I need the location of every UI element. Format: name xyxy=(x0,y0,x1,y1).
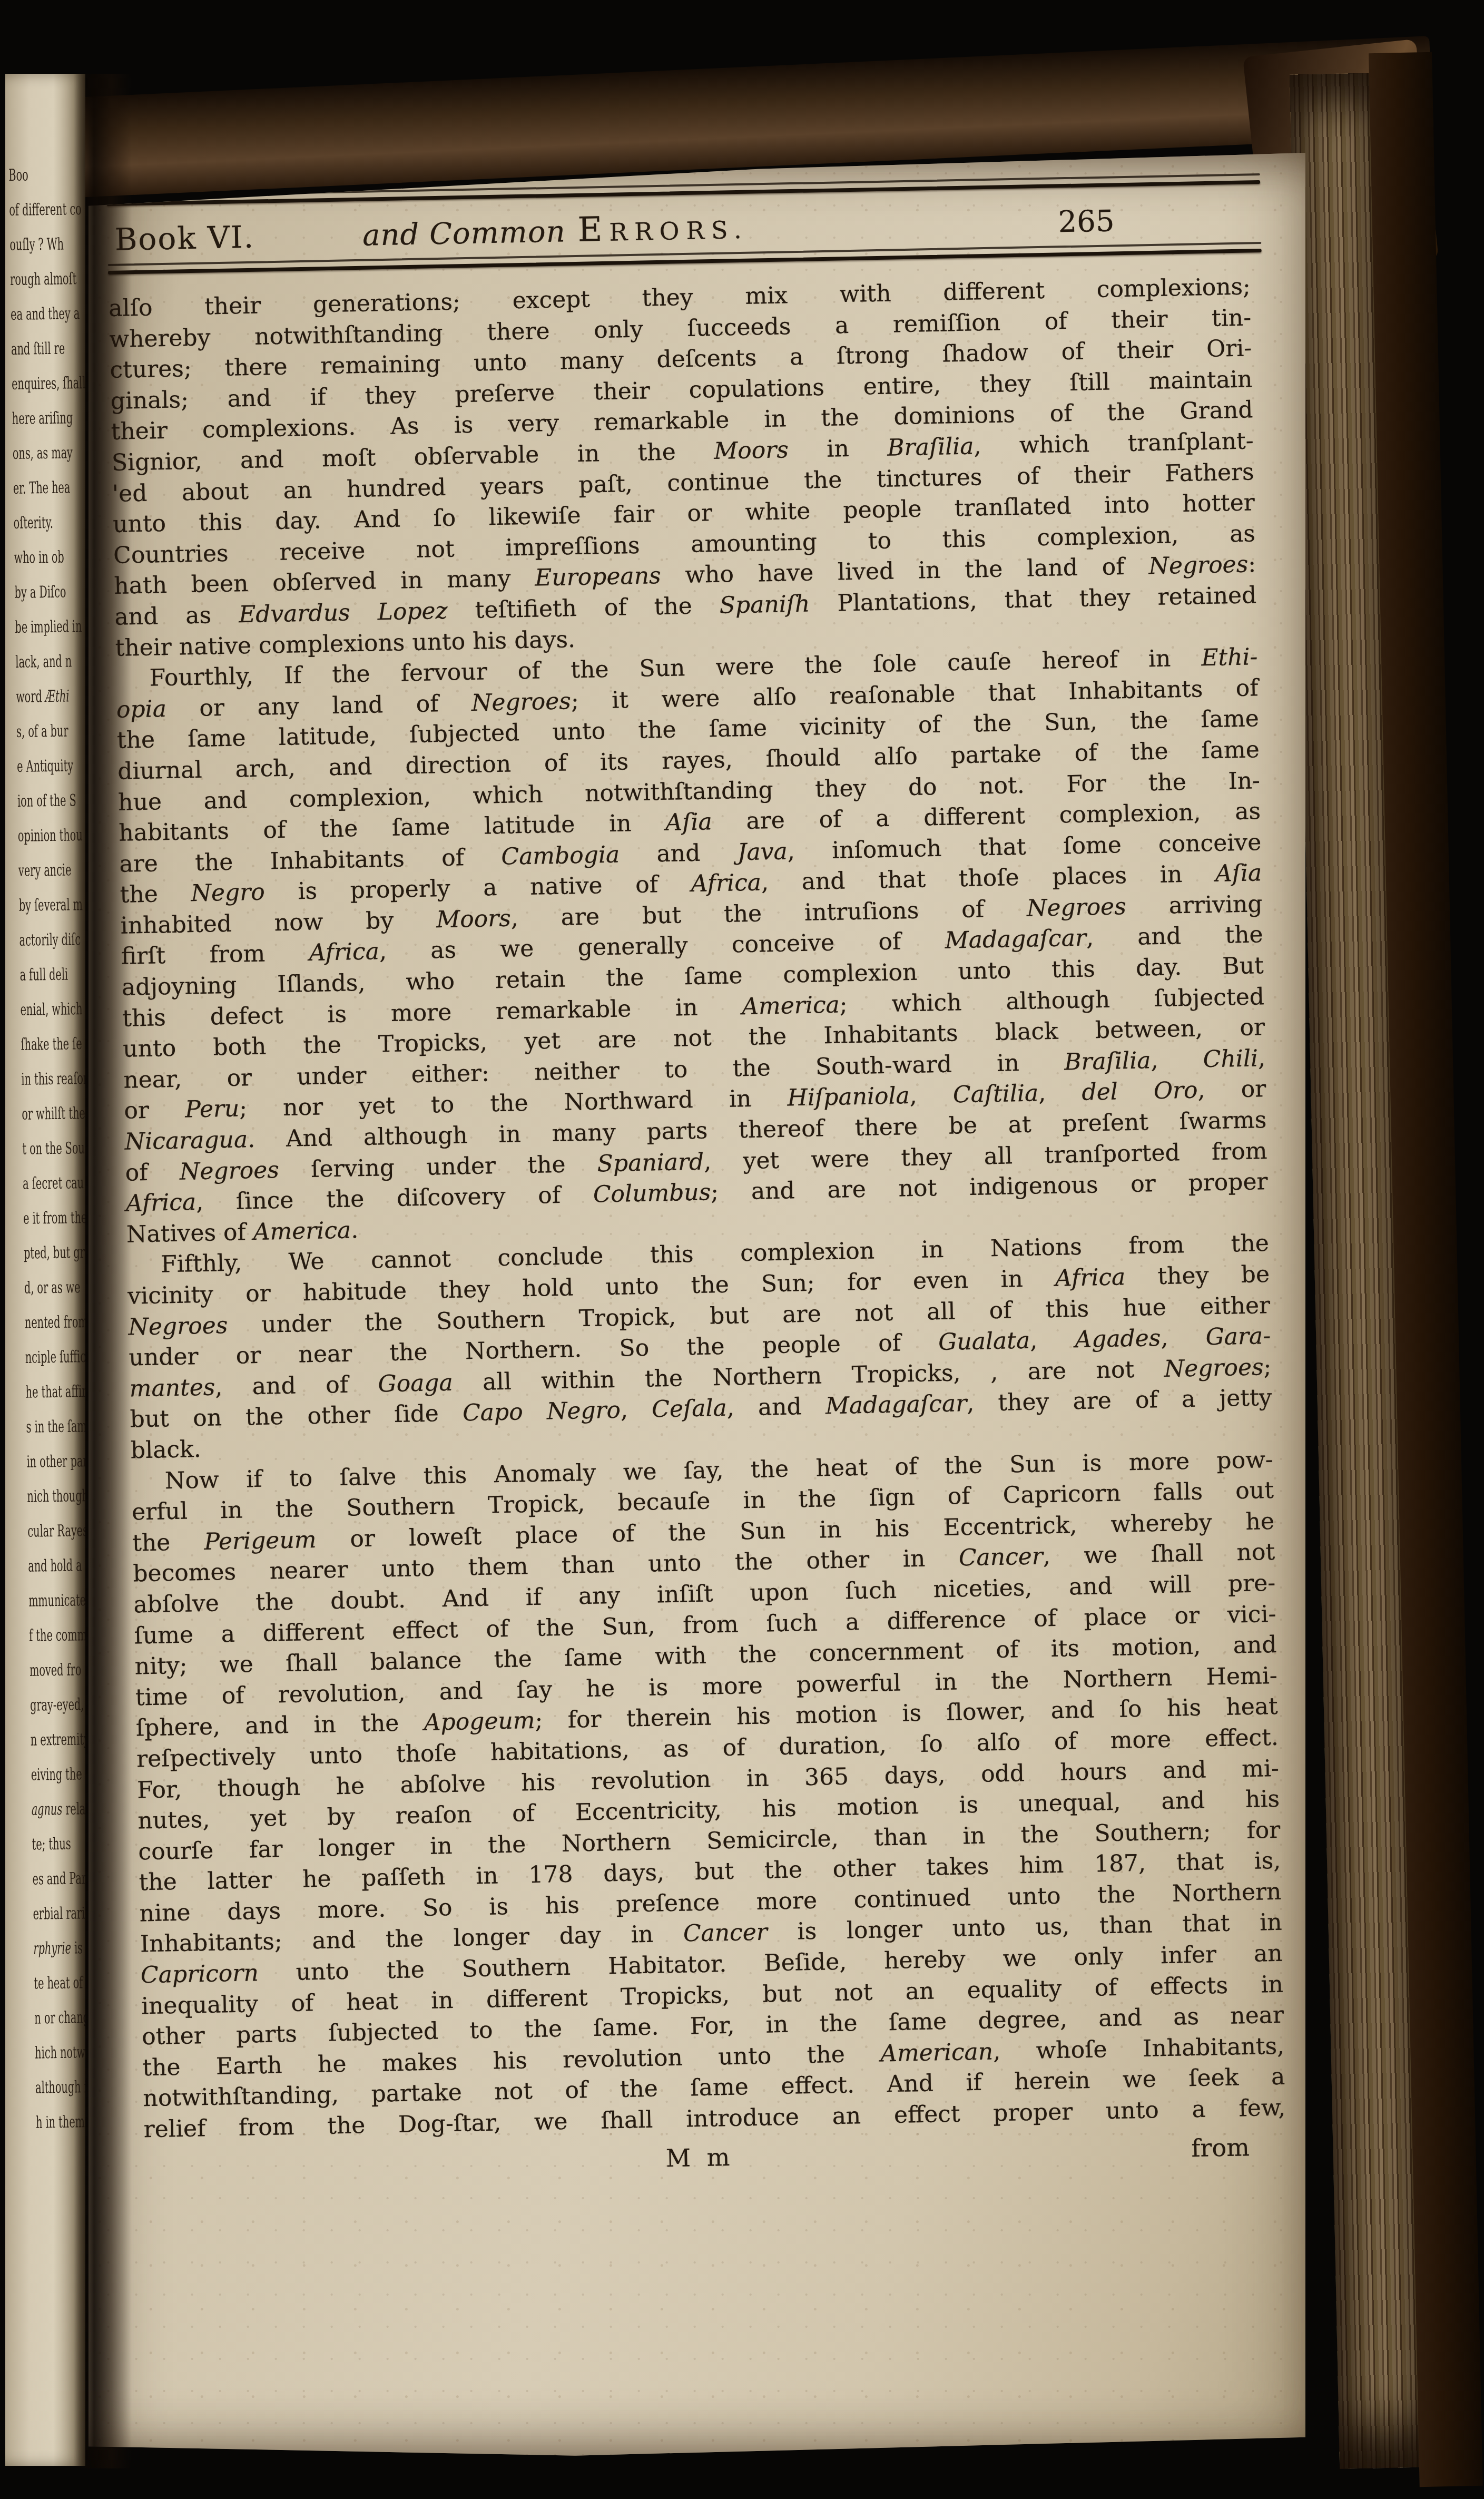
facing-page-fragment: oſterity. xyxy=(13,505,85,541)
facing-page-fragment: lack, and n xyxy=(15,644,85,680)
facing-page-fragment: ouſly ? Wh xyxy=(9,227,85,262)
facing-page-fragment: and hold a xyxy=(28,1548,85,1584)
facing-page-fragment: Boo xyxy=(8,157,84,193)
facing-page-fragment: es and Par xyxy=(32,1861,85,1897)
facing-page-fragment: mmunicated xyxy=(28,1583,85,1619)
facing-page-fragment: although i xyxy=(35,2070,85,2105)
facing-page-fragment: and ſtill re xyxy=(11,331,85,367)
facing-page-fragment: in other par xyxy=(26,1444,85,1479)
facing-page-fragment: te heat of xyxy=(34,1965,85,2001)
facing-page-fragment: a full deli xyxy=(19,957,85,993)
page-header: Book VI. and Common ERRORS. 265 xyxy=(114,198,1261,259)
header-title-italic: and Common xyxy=(362,214,566,252)
facing-page-fragment: here ariſing xyxy=(12,400,85,436)
facing-page-fragment: erbial rari xyxy=(33,1896,85,1932)
facing-page-fragment: nich though xyxy=(27,1478,85,1514)
facing-page-fragment: e it from the xyxy=(23,1200,85,1236)
header-book-label: Book VI. xyxy=(114,219,255,258)
facing-page-fragment: rphyrie is ſ xyxy=(33,1930,85,1966)
facing-page-fragment: enial, which xyxy=(20,992,85,1027)
facing-page-fragment: ſhake the ſe xyxy=(21,1026,85,1062)
facing-page-fragment: cular Rayes xyxy=(27,1513,85,1549)
facing-page-fragment: er. The hea xyxy=(13,470,85,506)
facing-page-fragment: actorily diſc xyxy=(19,922,85,958)
facing-page-fragment: te; thus xyxy=(32,1826,85,1862)
facing-page-fragment: eiving the xyxy=(31,1757,85,1792)
facing-page-fragment: enquires, ſhall xyxy=(12,366,85,401)
facing-page-fragment: nciple ſufficie xyxy=(25,1339,85,1375)
facing-page-fragment: d, or as we xyxy=(24,1270,85,1306)
facing-page-text-column: Booof different coouſly ? Whrough almoſt… xyxy=(8,157,85,2140)
facing-page-fragment: a ſecret cau xyxy=(23,1165,85,1201)
facing-page-fragment: in this reaſon xyxy=(21,1061,85,1097)
book-page: Book VI. and Common ERRORS. 265 alſo the… xyxy=(89,153,1305,2458)
body-text-block: alſo their generations; except they mix … xyxy=(109,271,1286,2145)
facing-page-fragment: nented from xyxy=(24,1305,85,1340)
header-page-number: 265 xyxy=(1058,204,1115,239)
facing-page-fragment: agnus relat xyxy=(31,1791,85,1827)
facing-page-fragment: by ſeveral m xyxy=(18,887,85,923)
facing-page-fragment: ons, as may xyxy=(12,435,85,471)
facing-page-fragment: word Æthi xyxy=(16,679,85,714)
header-title-caps: ERRORS. xyxy=(577,208,749,250)
facing-page-fragment: very ancie xyxy=(18,852,85,888)
facing-page-fragment: of different co xyxy=(9,192,85,228)
facing-page-fragment: s in the ſame xyxy=(26,1409,85,1445)
facing-page-fragment: be implied in xyxy=(15,609,85,645)
facing-page-fragment: opinion thou xyxy=(18,818,85,854)
scan-backdrop: Booof different coouſly ? Whrough almoſt… xyxy=(0,0,1484,2499)
facing-page-fragment: pted, but gr xyxy=(24,1235,85,1271)
facing-page-fragment: n extremity xyxy=(30,1722,85,1758)
facing-page-fragment: who in ob xyxy=(14,540,85,575)
facing-page-fragment: ea and they a xyxy=(11,296,85,332)
facing-page-fragment: he that affirm xyxy=(25,1374,85,1410)
facing-page-fragment: ion of the S xyxy=(17,783,85,819)
facing-page-fragment: f the comm xyxy=(29,1618,85,1653)
facing-page-strip: Booof different coouſly ? Whrough almoſt… xyxy=(5,74,85,2466)
facing-page-fragment: moved fro xyxy=(30,1652,85,1688)
facing-page-fragment: rough almoſt xyxy=(10,261,85,297)
facing-page-fragment: n or chang xyxy=(34,2000,85,2036)
facing-page-fragment: or whilſt the xyxy=(22,1096,85,1132)
facing-page-fragment: e Antiquity xyxy=(17,748,85,784)
facing-page-fragment: s, of a bur xyxy=(16,713,85,749)
facing-page-fragment: t on the Sou xyxy=(22,1131,85,1167)
facing-page-fragment: by a Diſco xyxy=(14,574,85,610)
facing-page-fragment: gray-eyed, xyxy=(30,1687,85,1723)
facing-page-fragment: hich notwith xyxy=(35,2035,85,2071)
page-content: Book VI. and Common ERRORS. 265 alſo the… xyxy=(106,173,1298,2182)
signature-mark: M m xyxy=(665,2142,734,2172)
header-title: and Common ERRORS. xyxy=(362,208,749,254)
catchword: from xyxy=(1191,2133,1250,2162)
facing-page-fragment: h in themſel xyxy=(36,2104,85,2140)
